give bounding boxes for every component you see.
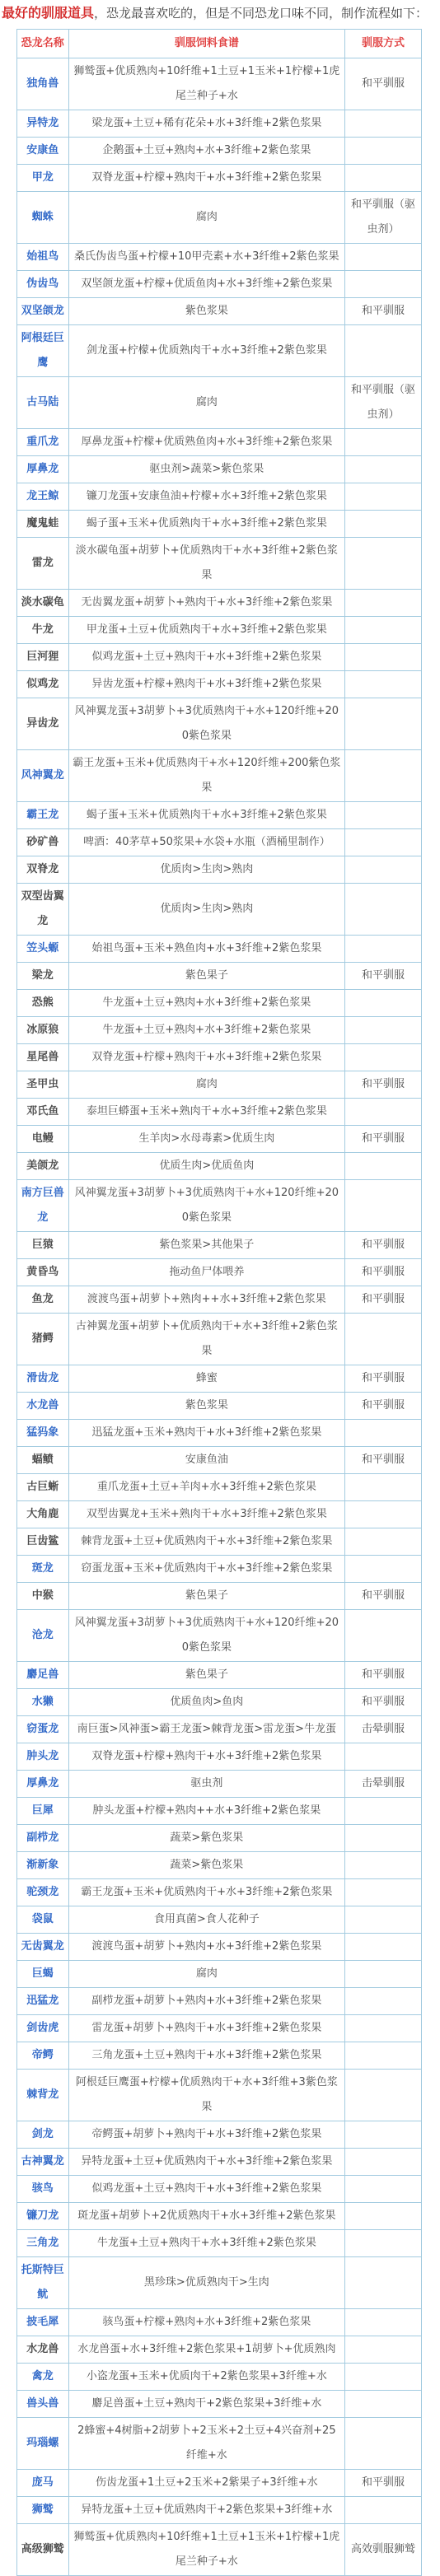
table-row: 巨猿 紫色浆果>其他果子 和平驯服 — [17, 1232, 422, 1259]
dino-name-cell[interactable]: 龙王鲸 — [17, 483, 69, 511]
taming-method-cell — [345, 1988, 422, 2015]
taming-method-cell — [345, 1474, 422, 1501]
taming-method-cell — [345, 936, 422, 963]
table-row: 巨齿鲨 棘背龙蛋+土豆+优质熟肉干+水+3纤维+2紫色浆果 — [17, 1528, 422, 1556]
taming-method-cell — [345, 884, 422, 936]
taming-method-cell — [345, 1314, 422, 1365]
taming-method-cell — [345, 244, 422, 271]
taming-method-cell — [345, 2176, 422, 2203]
table-row: 南方巨兽龙 风神翼龙蛋+3胡萝卜+3优质熟肉干+水+120纤维+200紫色浆果 — [17, 1180, 422, 1232]
table-row: 鱼龙 渡渡鸟蛋+胡萝卜+熟肉++水+3纤维+2紫色浆果 和平驯服 — [17, 1286, 422, 1314]
page-title: 最好的驯服道具，恐龙最喜欢吃的，但是不同恐龙口味不同，制作流程如下： — [0, 0, 440, 29]
table-row: 肿头龙 双脊龙蛋+柠檬+熟肉干+水+3纤维+2紫色浆果 — [17, 1743, 422, 1771]
dino-name-cell[interactable]: 渐新象 — [17, 1852, 69, 1879]
table-row: 美颌龙 优质生肉>优质鱼肉 — [17, 1153, 422, 1180]
table-row: 蝠鲼 安康鱼油 和平驯服 — [17, 1447, 422, 1474]
table-row: 雷龙 淡水碳龟蛋+胡萝卜+优质熟肉干+水+3纤维+2紫色浆果 — [17, 538, 422, 590]
dino-name-cell[interactable]: 袋鼠 — [17, 1906, 69, 1934]
feed-recipe-cell: 狮鹫蛋+优质熟肉+10纤维+1土豆+1玉米+1柠檬+1虎尾兰种子+水 — [68, 2524, 344, 2576]
table-row: 厚鼻龙 驱虫剂>蔬菜>紫色浆果 — [17, 456, 422, 483]
feed-recipe-cell: 剑龙蛋+柠檬+优质熟肉干+水+3纤维+2紫色浆果 — [68, 325, 344, 377]
dino-name-cell: 双脊龙 — [17, 856, 69, 884]
table-row: 牛龙 甲龙蛋+土豆+优质熟肉干+水+3纤维+2紫色浆果 — [17, 617, 422, 644]
table-row: 麝足兽 紫色果子 和平驯服 — [17, 1662, 422, 1689]
feed-recipe-cell: 蔬菜>紫色浆果 — [68, 1852, 344, 1879]
table-row: 滑齿龙 蜂蜜 和平驯服 — [17, 1365, 422, 1393]
table-row: 冰原狼 牛龙蛋+土豆+熟肉+水+3纤维+2紫色浆果 — [17, 1017, 422, 1044]
taming-method-cell: 和平驯服（驱虫剂） — [345, 377, 422, 429]
dino-name-cell[interactable]: 始祖鸟 — [17, 244, 69, 271]
taming-method-cell: 击晕驯服 — [345, 1716, 422, 1743]
table-row: 披毛犀 骇鸟蛋+柠檬+熟肉+水+3纤维+2紫色浆果 — [17, 2309, 422, 2336]
table-row: 巨犀 肿头龙蛋+柠檬+熟肉++水+3纤维+2紫色浆果 — [17, 1798, 422, 1825]
dino-name-cell[interactable]: 剑齿虎 — [17, 2015, 69, 2042]
dino-name-cell: 邓氏鱼 — [17, 1099, 69, 1126]
taming-method-cell: 和平驯服 — [345, 1689, 422, 1716]
taming-method-cell — [345, 1825, 422, 1852]
taming-method-cell — [345, 2070, 422, 2121]
feed-recipe-cell: 水龙兽蛋+水+3纤维+2紫色浆果+1胡萝卜+优质熟肉 — [68, 2336, 344, 2364]
table-row: 镰刀龙 斑龙蛋+胡萝卜+2优质熟肉干+水+3纤维+2紫色浆果 — [17, 2203, 422, 2230]
taming-method-cell — [345, 644, 422, 671]
table-row: 蜘蛛 腐肉 和平驯服（驱虫剂） — [17, 192, 422, 244]
dino-name-cell: 猪鳄 — [17, 1314, 69, 1365]
table-row: 双坚颌龙 紫色浆果 和平驯服 — [17, 298, 422, 325]
taming-method-cell — [345, 2121, 422, 2149]
feed-recipe-cell: 啤酒：40茅草+50浆果+水袋+水瓶（酒桶里制作） — [68, 829, 344, 856]
dino-name-cell[interactable]: 托斯特巨鱿 — [17, 2257, 69, 2309]
feed-recipe-cell: 小盗龙蛋+玉米+优质肉干+2紫色浆果+3纤维+水 — [68, 2364, 344, 2391]
dino-name-cell[interactable]: 兽头兽 — [17, 2391, 69, 2418]
feed-recipe-cell: 牛龙蛋+土豆+熟肉干+水+3纤维+2紫色浆果 — [68, 2230, 344, 2257]
dino-name-cell[interactable]: 古马陆 — [17, 377, 69, 429]
table-row: 安康鱼 企鹅蛋+土豆+熟肉+水+3纤维+2紫色浆果 — [17, 138, 422, 165]
table-row: 水獭 优质鱼肉>鱼肉 和平驯服 — [17, 1689, 422, 1716]
feed-recipe-cell: 镰刀龙蛋+安康鱼油+柠檬+水+3纤维+2紫色浆果 — [68, 483, 344, 511]
table-row: 黄昏鸟 拖动鱼尸体喂养 和平驯服 — [17, 1259, 422, 1286]
taming-method-cell — [345, 1044, 422, 1071]
taming-method-cell: 和平驯服 — [345, 58, 422, 110]
dino-name-cell[interactable]: 笠头螈 — [17, 936, 69, 963]
dino-name-cell[interactable]: 厚鼻龙 — [17, 1771, 69, 1798]
table-row: 厚鼻龙 驱虫剂 击晕驯服 — [17, 1771, 422, 1798]
dino-name-cell: 魔鬼蛙 — [17, 511, 69, 538]
feed-recipe-cell: 重爪龙蛋+土豆+羊肉+水+3纤维+2紫色浆果 — [68, 1474, 344, 1501]
taming-method-cell: 和平驯服 — [345, 1393, 422, 1420]
dino-name-cell[interactable]: 沧龙 — [17, 1610, 69, 1662]
feed-recipe-cell: 阿根廷巨鹰蛋+柠檬+优质熟肉干+水+3纤维+3紫色浆果 — [68, 2070, 344, 2121]
taming-method-cell — [345, 1961, 422, 1988]
page-title-rest: ，恐龙最喜欢吃的，但是不同恐龙口味不同，制作流程如下： — [94, 6, 428, 21]
table-row: 猛犸象 迅猛龙蛋+玉米+熟肉干+水+3纤维+2紫色浆果 — [17, 1420, 422, 1447]
feed-recipe-cell: 双脊龙蛋+柠檬+熟肉干+水+3纤维+2紫色浆果 — [68, 1743, 344, 1771]
feed-recipe-cell: 似鸡龙蛋+土豆+熟肉干+水+3纤维+2紫色浆果 — [68, 2176, 344, 2203]
table-row: 无齿翼龙 渡渡鸟蛋+胡萝卜+熟肉+水+3纤维+2紫色浆果 — [17, 1934, 422, 1961]
taming-method-cell — [345, 2042, 422, 2070]
feed-recipe-cell: 异特龙蛋+土豆+优质熟肉干+2紫色浆果+3纤维+水 — [68, 2497, 344, 2524]
taming-method-cell — [345, 138, 422, 165]
taming-method-cell: 和平驯服 — [345, 1126, 422, 1153]
feed-recipe-cell: 淡水碳龟蛋+胡萝卜+优质熟肉干+水+3纤维+2紫色浆果 — [68, 538, 344, 590]
dino-name-cell: 星尾兽 — [17, 1044, 69, 1071]
taming-method-cell — [345, 2015, 422, 2042]
feed-recipe-cell: 迅猛龙蛋+玉米+熟肉干+水+3纤维+2紫色浆果 — [68, 1420, 344, 1447]
feed-recipe-cell: 桑氏伪齿鸟蛋+柠檬+10甲壳素+水+3纤维+2紫色浆果 — [68, 244, 344, 271]
table-row: 骇鸟 似鸡龙蛋+土豆+熟肉干+水+3纤维+2紫色浆果 — [17, 2176, 422, 2203]
dino-name-cell[interactable]: 迅猛龙 — [17, 1988, 69, 2015]
feed-recipe-cell: 双脊龙蛋+柠檬+熟肉干+水+3纤维+2紫色浆果 — [68, 165, 344, 192]
table-row: 异齿龙 风神翼龙蛋+3胡萝卜+3优质熟肉干+水+120纤维+200紫色浆果 — [17, 698, 422, 750]
dino-name-cell[interactable]: 猛犸象 — [17, 1420, 69, 1447]
taming-method-cell — [345, 671, 422, 698]
table-row: 袋鼠 食用真菌>食人花种子 — [17, 1906, 422, 1934]
dino-name-cell: 鱼龙 — [17, 1286, 69, 1314]
table-row: 砂矿兽 啤酒：40茅草+50浆果+水袋+水瓶（酒桶里制作） — [17, 829, 422, 856]
feed-recipe-cell: 窃蛋龙蛋+玉米+优质熟肉干+水+3纤维+2紫色浆果 — [68, 1556, 344, 1583]
table-row: 风神翼龙 霸王龙蛋+玉米+优质熟肉干+水+120纤维+200紫色浆果 — [17, 750, 422, 802]
dino-name-cell[interactable]: 麝足兽 — [17, 1662, 69, 1689]
dino-name-cell[interactable]: 骇鸟 — [17, 2176, 69, 2203]
taming-method-cell: 和平驯服 — [345, 1662, 422, 1689]
table-row: 兽头兽 麝足兽蛋+土豆+熟肉干+2紫色浆果+3纤维+水 — [17, 2391, 422, 2418]
feed-recipe-cell: 泰坦巨蟒蛋+玉米+熟肉干+水+3纤维+2紫色浆果 — [68, 1099, 344, 1126]
dino-name-cell: 高级狮鹫 — [17, 2524, 69, 2576]
dino-name-cell: 恐熊 — [17, 990, 69, 1017]
dino-name-cell: 砂矿兽 — [17, 829, 69, 856]
feed-recipe-cell: 始祖鸟蛋+玉米+熟鱼肉+水+3纤维+2紫色浆果 — [68, 936, 344, 963]
table-row: 甲龙 双脊龙蛋+柠檬+熟肉干+水+3纤维+2紫色浆果 — [17, 165, 422, 192]
feed-recipe-cell: 双型齿翼龙+玉米+熟肉干+水+3纤维+2紫色浆果 — [68, 1501, 344, 1528]
table-row: 星尾兽 双脊龙蛋+柠檬+熟肉干+水+3纤维+2紫色浆果 — [17, 1044, 422, 1071]
feed-recipe-cell: 腐肉 — [68, 1071, 344, 1099]
dino-name-cell[interactable]: 无齿翼龙 — [17, 1934, 69, 1961]
table-row: 始祖鸟 桑氏伪齿鸟蛋+柠檬+10甲壳素+水+3纤维+2紫色浆果 — [17, 244, 422, 271]
feed-recipe-cell: 蝎子蛋+玉米+优质熟肉干+水+3纤维+2紫色浆果 — [68, 802, 344, 829]
dino-name-cell[interactable]: 庞马 — [17, 2470, 69, 2497]
table-row: 龙王鲸 镰刀龙蛋+安康鱼油+柠檬+水+3纤维+2紫色浆果 — [17, 483, 422, 511]
table-row: 巨河狸 似鸡龙蛋+土豆+熟肉干+水+3纤维+2紫色浆果 — [17, 644, 422, 671]
header-dino-name: 恐龙名称 — [17, 30, 69, 58]
feed-recipe-cell: 南巨蛋>风神蛋>霸王龙蛋>棘背龙蛋>雷龙蛋>牛龙蛋 — [68, 1716, 344, 1743]
feed-recipe-cell: 肿头龙蛋+柠檬+熟肉++水+3纤维+2紫色浆果 — [68, 1798, 344, 1825]
table-row: 淡水碳龟 无齿翼龙蛋+胡萝卜+熟肉干+水+3纤维+2紫色浆果 — [17, 590, 422, 617]
taming-method-cell — [345, 2257, 422, 2309]
dino-name-cell[interactable]: 伪齿鸟 — [17, 271, 69, 298]
dino-name-cell[interactable]: 蜘蛛 — [17, 192, 69, 244]
feed-recipe-cell: 风神翼龙蛋+3胡萝卜+3优质熟肉干+水+120纤维+200紫色浆果 — [68, 698, 344, 750]
taming-method-cell — [345, 110, 422, 138]
dino-name-cell: 蝠鲼 — [17, 1447, 69, 1474]
feed-recipe-cell: 异特龙蛋+土豆+优质熟肉干+水+3纤维+2紫色浆果 — [68, 2149, 344, 2176]
table-row: 双脊龙 优质肉>生肉>熟肉 — [17, 856, 422, 884]
taming-method-cell — [345, 2149, 422, 2176]
taming-method-cell — [345, 590, 422, 617]
table-row: 棘背龙 阿根廷巨鹰蛋+柠檬+优质熟肉干+水+3纤维+3紫色浆果 — [17, 2070, 422, 2121]
table-row: 托斯特巨鱿 黑珍珠>优质熟肉干>生肉 — [17, 2257, 422, 2309]
taming-method-cell: 和平驯服 — [345, 1365, 422, 1393]
taming-method-cell — [345, 456, 422, 483]
feed-recipe-cell: 厚鼻龙蛋+柠檬+优质熟鱼肉+水+3纤维+2紫色浆果 — [68, 429, 344, 456]
feed-recipe-cell: 霸王龙蛋+玉米+优质熟肉干+水+120纤维+200紫色浆果 — [68, 750, 344, 802]
taming-method-cell — [345, 1934, 422, 1961]
page-title-highlight: 最好的驯服道具 — [2, 5, 94, 21]
table-row: 古马陆 腐肉 和平驯服（驱虫剂） — [17, 377, 422, 429]
taming-method-cell — [345, 1852, 422, 1879]
header-feed-recipe: 驯服饲料食谱 — [68, 30, 344, 58]
taming-method-cell — [345, 538, 422, 590]
taming-method-cell — [345, 2309, 422, 2336]
taming-method-cell — [345, 829, 422, 856]
dino-name-cell[interactable]: 古神翼龙 — [17, 2149, 69, 2176]
taming-method-cell — [345, 1501, 422, 1528]
table-row: 圣甲虫 腐肉 和平驯服 — [17, 1071, 422, 1099]
feed-recipe-cell: 双脊龙蛋+柠檬+熟肉干+水+3纤维+2紫色浆果 — [68, 1044, 344, 1071]
dino-name-cell[interactable]: 双坚颌龙 — [17, 298, 69, 325]
feed-recipe-cell: 腐肉 — [68, 1961, 344, 1988]
feed-recipe-cell: 风神翼龙蛋+3胡萝卜+3优质熟肉干+水+120纤维+200紫色浆果 — [68, 1610, 344, 1662]
taming-method-cell — [345, 1798, 422, 1825]
feed-recipe-cell: 拖动鱼尸体喂养 — [68, 1259, 344, 1286]
taming-method-cell — [345, 1743, 422, 1771]
feed-recipe-cell: 紫色浆果 — [68, 1393, 344, 1420]
feed-recipe-cell: 副栉龙蛋+胡萝卜+熟肉+水+3纤维+2紫色浆果 — [68, 1988, 344, 2015]
table-row: 迅猛龙 副栉龙蛋+胡萝卜+熟肉+水+3纤维+2紫色浆果 — [17, 1988, 422, 2015]
feed-recipe-cell: 2蜂蜜+4树脂+2胡萝卜+2玉米+2土豆+4兴奋剂+25纤维+水 — [68, 2418, 344, 2470]
table-header-row: 恐龙名称 驯服饲料食谱 驯服方式 — [17, 30, 422, 58]
feed-recipe-cell: 优质肉>生肉>熟肉 — [68, 884, 344, 936]
dino-name-cell[interactable]: 异特龙 — [17, 110, 69, 138]
feed-recipe-cell: 优质生肉>优质鱼肉 — [68, 1153, 344, 1180]
dino-name-cell[interactable]: 三角龙 — [17, 2230, 69, 2257]
feed-recipe-cell: 古神翼龙蛋+胡萝卜+优质熟肉干+水+3纤维+2紫色浆果 — [68, 1314, 344, 1365]
feed-recipe-cell: 安康鱼油 — [68, 1447, 344, 1474]
taming-method-cell — [345, 698, 422, 750]
table-row: 窃蛋龙 南巨蛋>风神蛋>霸王龙蛋>棘背龙蛋>雷龙蛋>牛龙蛋 击晕驯服 — [17, 1716, 422, 1743]
taming-method-cell: 和平驯服 — [345, 1071, 422, 1099]
taming-method-cell — [345, 2336, 422, 2364]
feed-recipe-cell: 生羊肉>水母毒素>优质生肉 — [68, 1126, 344, 1153]
dino-name-cell[interactable]: 阿根廷巨鹰 — [17, 325, 69, 377]
taming-method-cell — [345, 2391, 422, 2418]
feed-recipe-cell: 似鸡龙蛋+土豆+熟肉干+水+3纤维+2紫色浆果 — [68, 644, 344, 671]
feed-recipe-cell: 霸王龙蛋+玉米+优质熟肉干+水+3纤维+2紫色浆果 — [68, 1879, 344, 1906]
dino-name-cell: 冰原狼 — [17, 1017, 69, 1044]
feed-recipe-cell: 骇鸟蛋+柠檬+熟肉+水+3纤维+2紫色浆果 — [68, 2309, 344, 2336]
dino-name-cell: 异齿龙 — [17, 698, 69, 750]
dino-name-cell: 雷龙 — [17, 538, 69, 590]
table-row: 猪鳄 古神翼龙蛋+胡萝卜+优质熟肉干+水+3纤维+2紫色浆果 — [17, 1314, 422, 1365]
feed-recipe-cell: 伤齿龙蛋+1土豆+2玉米+2紫果子+3纤维+水 — [68, 2470, 344, 2497]
dino-name-cell[interactable]: 玛瑙螺 — [17, 2418, 69, 2470]
dino-name-cell: 中猴 — [17, 1583, 69, 1610]
dino-name-cell[interactable]: 镰刀龙 — [17, 2203, 69, 2230]
feed-recipe-cell: 异齿龙蛋+柠檬+熟肉干+水+3纤维+2紫色浆果 — [68, 671, 344, 698]
dino-name-cell[interactable]: 帝鳄 — [17, 2042, 69, 2070]
table-row: 恐熊 牛龙蛋+土豆+熟肉+水+3纤维+2紫色浆果 — [17, 990, 422, 1017]
taming-method-cell: 和平驯服 — [345, 1447, 422, 1474]
dino-name-cell[interactable]: 重爪龙 — [17, 429, 69, 456]
table-row: 狮鹫 异特龙蛋+土豆+优质熟肉干+2紫色浆果+3纤维+水 — [17, 2497, 422, 2524]
table-row: 阿根廷巨鹰 剑龙蛋+柠檬+优质熟肉干+水+3纤维+2紫色浆果 — [17, 325, 422, 377]
taming-method-cell — [345, 1099, 422, 1126]
dino-name-cell[interactable]: 禽龙 — [17, 2364, 69, 2391]
feed-recipe-cell: 腐肉 — [68, 192, 344, 244]
taming-method-cell — [345, 750, 422, 802]
taming-method-cell — [345, 1556, 422, 1583]
taming-method-cell — [345, 1610, 422, 1662]
table-row: 水龙兽 紫色浆果 和平驯服 — [17, 1393, 422, 1420]
dino-name-cell[interactable]: 棘背龙 — [17, 2070, 69, 2121]
dino-name-cell[interactable]: 南方巨兽龙 — [17, 1180, 69, 1232]
dino-name-cell[interactable]: 水獭 — [17, 1689, 69, 1716]
feed-recipe-cell: 风神翼龙蛋+3胡萝卜+3优质熟肉干+水+120纤维+200紫色浆果 — [68, 1180, 344, 1232]
table-row: 笠头螈 始祖鸟蛋+玉米+熟鱼肉+水+3纤维+2紫色浆果 — [17, 936, 422, 963]
taming-method-cell — [345, 1879, 422, 1906]
feed-recipe-cell: 食用真菌>食人花种子 — [68, 1906, 344, 1934]
feed-recipe-cell: 斑龙蛋+胡萝卜+2优质熟肉干+水+3纤维+2紫色浆果 — [68, 2203, 344, 2230]
table-row: 玛瑙螺 2蜂蜜+4树脂+2胡萝卜+2玉米+2土豆+4兴奋剂+25纤维+水 — [17, 2418, 422, 2470]
taming-method-cell — [345, 856, 422, 884]
feed-recipe-cell: 无齿翼龙蛋+胡萝卜+熟肉干+水+3纤维+2紫色浆果 — [68, 590, 344, 617]
taming-method-cell — [345, 2497, 422, 2524]
dino-name-cell[interactable]: 滑齿龙 — [17, 1365, 69, 1393]
feed-recipe-cell: 腐肉 — [68, 377, 344, 429]
taming-method-cell — [345, 1017, 422, 1044]
dino-name-cell: 黄昏鸟 — [17, 1259, 69, 1286]
dino-name-cell: 淡水碳龟 — [17, 590, 69, 617]
dino-name-cell: 双型齿翼龙 — [17, 884, 69, 936]
dino-name-cell: 梁龙 — [17, 963, 69, 990]
dino-name-cell[interactable]: 风神翼龙 — [17, 750, 69, 802]
dino-name-cell[interactable]: 水龙兽 — [17, 1393, 69, 1420]
taming-method-cell: 和平驯服 — [345, 298, 422, 325]
feed-recipe-cell: 紫色果子 — [68, 1662, 344, 1689]
taming-method-cell — [345, 165, 422, 192]
feed-recipe-cell: 紫色果子 — [68, 1583, 344, 1610]
feed-recipe-cell: 牛龙蛋+土豆+熟肉+水+3纤维+2紫色浆果 — [68, 1017, 344, 1044]
dino-name-cell[interactable]: 巨蝎 — [17, 1961, 69, 1988]
dino-name-cell[interactable]: 厚鼻龙 — [17, 456, 69, 483]
dino-name-cell: 圣甲虫 — [17, 1071, 69, 1099]
taming-method-cell — [345, 429, 422, 456]
dino-name-cell: 水龙兽 — [17, 2336, 69, 2364]
taming-method-cell: 击晕驯服 — [345, 1771, 422, 1798]
taming-method-cell — [345, 1420, 422, 1447]
feed-recipe-cell: 企鹅蛋+土豆+熟肉+水+3纤维+2紫色浆果 — [68, 138, 344, 165]
table-row: 沧龙 风神翼龙蛋+3胡萝卜+3优质熟肉干+水+120纤维+200紫色浆果 — [17, 1610, 422, 1662]
feed-recipe-cell: 驱虫剂>蔬菜>紫色浆果 — [68, 456, 344, 483]
table-row: 剑龙 帝鳄蛋+胡萝卜+熟肉干+水+3纤维+2紫色浆果 — [17, 2121, 422, 2149]
feed-recipe-cell: 牛龙蛋+土豆+熟肉+水+3纤维+2紫色浆果 — [68, 990, 344, 1017]
dino-name-cell: 巨齿鲨 — [17, 1528, 69, 1556]
feed-recipe-cell: 黑珍珠>优质熟肉干>生肉 — [68, 2257, 344, 2309]
table-row: 巨蝎 腐肉 — [17, 1961, 422, 1988]
dino-name-cell[interactable]: 披毛犀 — [17, 2309, 69, 2336]
dino-name-cell[interactable]: 甲龙 — [17, 165, 69, 192]
taming-method-cell: 和平驯服（驱虫剂） — [345, 192, 422, 244]
table-row: 驼颈龙 霸王龙蛋+玉米+优质熟肉干+水+3纤维+2紫色浆果 — [17, 1879, 422, 1906]
feed-recipe-cell: 蜂蜜 — [68, 1365, 344, 1393]
table-row: 伪齿鸟 双坚颌龙蛋+柠檬+优质鱼肉+水+3纤维+2紫色浆果 — [17, 271, 422, 298]
feed-recipe-cell: 紫色浆果 — [68, 298, 344, 325]
table-row: 魔鬼蛙 蝎子蛋+玉米+优质熟肉干+水+3纤维+2紫色浆果 — [17, 511, 422, 538]
dino-name-cell[interactable]: 狮鹫 — [17, 2497, 69, 2524]
dino-name-cell[interactable]: 驼颈龙 — [17, 1879, 69, 1906]
dino-name-cell[interactable]: 霸王龙 — [17, 802, 69, 829]
taming-method-cell — [345, 1180, 422, 1232]
dino-name-cell[interactable]: 肿头龙 — [17, 1743, 69, 1771]
dino-name-cell: 巨猿 — [17, 1232, 69, 1259]
feed-recipe-cell: 渡渡鸟蛋+胡萝卜+熟肉+水+3纤维+2紫色浆果 — [68, 1934, 344, 1961]
taming-method-cell — [345, 271, 422, 298]
feed-recipe-cell: 梁龙蛋+土豆+稀有花朵+水+3纤维+2紫色浆果 — [68, 110, 344, 138]
dino-name-cell[interactable]: 独角兽 — [17, 58, 69, 110]
dino-name-cell[interactable]: 副栉龙 — [17, 1825, 69, 1852]
dino-name-cell: 似鸡龙 — [17, 671, 69, 698]
table-row: 渐新象 蔬菜>紫色浆果 — [17, 1852, 422, 1879]
dino-name-cell[interactable]: 斑龙 — [17, 1556, 69, 1583]
table-row: 高级狮鹫 狮鹫蛋+优质熟肉+10纤维+1土豆+1玉米+1柠檬+1虎尾兰种子+水 … — [17, 2524, 422, 2576]
table-row: 古巨蜥 重爪龙蛋+土豆+羊肉+水+3纤维+2紫色浆果 — [17, 1474, 422, 1501]
taming-method-cell — [345, 1906, 422, 1934]
feed-recipe-cell: 双坚颌龙蛋+柠檬+优质鱼肉+水+3纤维+2紫色浆果 — [68, 271, 344, 298]
taming-method-cell — [345, 2230, 422, 2257]
dino-name-cell: 牛龙 — [17, 617, 69, 644]
taming-method-cell — [345, 2364, 422, 2391]
table-row: 帝鳄 三角龙蛋+土豆+熟肉干+水+3纤维+2紫色浆果 — [17, 2042, 422, 2070]
table-row: 双型齿翼龙 优质肉>生肉>熟肉 — [17, 884, 422, 936]
feed-recipe-cell: 狮鹫蛋+优质熟肉+10纤维+1土豆+1玉米+1柠檬+1虎尾兰种子+水 — [68, 58, 344, 110]
taming-method-cell: 高效驯服狮鹫 — [345, 2524, 422, 2576]
taming-method-cell: 和平驯服 — [345, 1583, 422, 1610]
table-row: 剑齿虎 雷龙蛋+胡萝卜+熟肉干+水+3纤维+2紫色浆果 — [17, 2015, 422, 2042]
taming-method-cell — [345, 2418, 422, 2470]
header-taming-method: 驯服方式 — [345, 30, 422, 58]
table-row: 似鸡龙 异齿龙蛋+柠檬+熟肉干+水+3纤维+2紫色浆果 — [17, 671, 422, 698]
taming-method-cell — [345, 802, 422, 829]
table-row: 禽龙 小盗龙蛋+玉米+优质肉干+2紫色浆果+3纤维+水 — [17, 2364, 422, 2391]
taming-method-cell: 和平驯服 — [345, 963, 422, 990]
dino-name-cell[interactable]: 巨犀 — [17, 1798, 69, 1825]
dino-name-cell: 电鳗 — [17, 1126, 69, 1153]
feed-recipe-cell: 甲龙蛋+土豆+优质熟肉干+水+3纤维+2紫色浆果 — [68, 617, 344, 644]
feed-recipe-cell: 帝鳄蛋+胡萝卜+熟肉干+水+3纤维+2紫色浆果 — [68, 2121, 344, 2149]
dino-name-cell[interactable]: 剑龙 — [17, 2121, 69, 2149]
table-row: 异特龙 梁龙蛋+土豆+稀有花朵+水+3纤维+2紫色浆果 — [17, 110, 422, 138]
dino-name-cell[interactable]: 窃蛋龙 — [17, 1716, 69, 1743]
feed-recipe-cell: 麝足兽蛋+土豆+熟肉干+2紫色浆果+3纤维+水 — [68, 2391, 344, 2418]
dino-name-cell[interactable]: 安康鱼 — [17, 138, 69, 165]
feed-recipe-cell: 三角龙蛋+土豆+熟肉干+水+3纤维+2紫色浆果 — [68, 2042, 344, 2070]
taming-table: 恐龙名称 驯服饲料食谱 驯服方式 独角兽 狮鹫蛋+优质熟肉+10纤维+1土豆+1… — [16, 29, 422, 2576]
taming-method-cell — [345, 990, 422, 1017]
taming-method-cell: 和平驯服 — [345, 1232, 422, 1259]
dino-name-cell: 大角鹿 — [17, 1501, 69, 1528]
table-row: 电鳗 生羊肉>水母毒素>优质生肉 和平驯服 — [17, 1126, 422, 1153]
table-row: 副栉龙 蔬菜>紫色浆果 — [17, 1825, 422, 1852]
table-row: 大角鹿 双型齿翼龙+玉米+熟肉干+水+3纤维+2紫色浆果 — [17, 1501, 422, 1528]
dino-name-cell: 巨河狸 — [17, 644, 69, 671]
feed-recipe-cell: 紫色浆果>其他果子 — [68, 1232, 344, 1259]
taming-method-cell — [345, 1528, 422, 1556]
feed-recipe-cell: 优质肉>生肉>熟肉 — [68, 856, 344, 884]
feed-recipe-cell: 渡渡鸟蛋+胡萝卜+熟肉++水+3纤维+2紫色浆果 — [68, 1286, 344, 1314]
table-row: 斑龙 窃蛋龙蛋+玉米+优质熟肉干+水+3纤维+2紫色浆果 — [17, 1556, 422, 1583]
taming-method-cell — [345, 617, 422, 644]
table-row: 独角兽 狮鹫蛋+优质熟肉+10纤维+1土豆+1玉米+1柠檬+1虎尾兰种子+水 和… — [17, 58, 422, 110]
feed-recipe-cell: 驱虫剂 — [68, 1771, 344, 1798]
feed-recipe-cell: 蝎子蛋+玉米+优质熟肉干+水+3纤维+2紫色浆果 — [68, 511, 344, 538]
